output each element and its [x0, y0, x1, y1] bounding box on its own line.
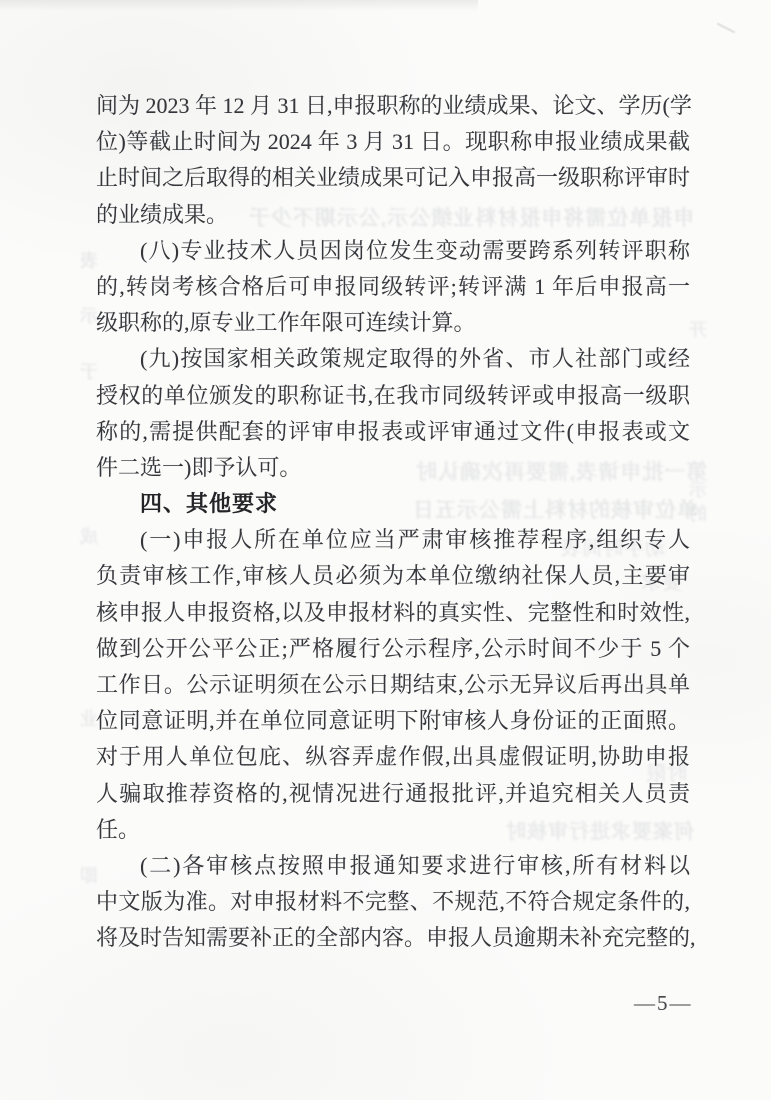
bleedthrough-text: 的	[688, 500, 707, 526]
text-line: 位同意证明,并在单位同意证明下附审核人身份证的正面照。	[96, 703, 690, 739]
text-line: 的,转岗考核合格后可申报同级转评;转评满 1 年后申报高一	[96, 269, 690, 305]
text-line: 件二选一)即予认可。	[96, 450, 690, 486]
text-line: (二)各审核点按照申报通知要求进行审核,所有材料以	[96, 848, 690, 884]
text-line: 授权的单位颁发的职称证书,在我市同级转评或申报高一级职	[96, 378, 690, 414]
text-line: 称的,需提供配套的评审申报表或评审通过文件(申报表或文	[96, 414, 690, 450]
text-line: (九)按国家相关政策规定取得的外省、市人社部门或经	[96, 341, 690, 377]
text-line: 止时间之后取得的相关业绩成果可记入申报高一级职称评审时	[96, 160, 690, 196]
text-line: 中文版为准。对申报材料不完整、不规范,不符合规定条件的,	[96, 884, 690, 920]
bleedthrough-text: 开	[688, 316, 707, 342]
text-line: 间为 2023 年 12 月 31 日,申报职称的业绩成果、论文、学历(学	[96, 88, 690, 124]
page-number: —5—	[634, 991, 693, 1016]
text-line: (一)申报人所在单位应当严肃审核推荐程序,组织专人	[96, 522, 690, 558]
section-heading: 四、其他要求	[96, 486, 690, 522]
bleedthrough-text: 示	[688, 476, 707, 502]
text-line: 将及时告知需要补正的全部内容。申报人员逾期未补充完整的,	[96, 920, 690, 956]
text-line: 对于用人单位包庇、纵容弄虚作假,出具虚假证明,协助申报	[96, 739, 690, 775]
text-line: 任。	[96, 812, 690, 848]
scan-artifact-mark	[717, 23, 736, 34]
text-line: 位)等截止时间为 2024 年 3 月 31 日。现职称申报业绩成果截	[96, 124, 690, 160]
text-line: 做到公开公平公正;严格履行公示程序,公示时间不少于 5 个	[96, 631, 690, 667]
text-line: 的业绩成果。	[96, 197, 690, 233]
text-line: 级职称的,原专业工作年限可连续计算。	[96, 305, 690, 341]
text-line: 工作日。公示证明须在公示日期结束,公示无异议后再出具单	[96, 667, 690, 703]
text-line: 人骗取推荐资格的,视情况进行通报批评,并追究相关人员责	[96, 776, 690, 812]
text-line: (八)专业技术人员因岗位发生变动需要跨系列转评职称	[96, 233, 690, 269]
text-line: 核申报人申报资格,以及申报材料的真实性、完整性和时效性,	[96, 595, 690, 631]
document-text-block: 间为 2023 年 12 月 31 日,申报职称的业绩成果、论文、学历(学位)等…	[96, 88, 690, 957]
text-line: 负责审核工作,审核人员必须为本单位缴纳社保人员,主要审	[96, 558, 690, 594]
document-page: 申报单位需将申报材料业绩公示,公示期不少于第一批申请表,需要再次确认时单位审核的…	[0, 0, 771, 1100]
scan-edge-shading	[0, 0, 478, 11]
